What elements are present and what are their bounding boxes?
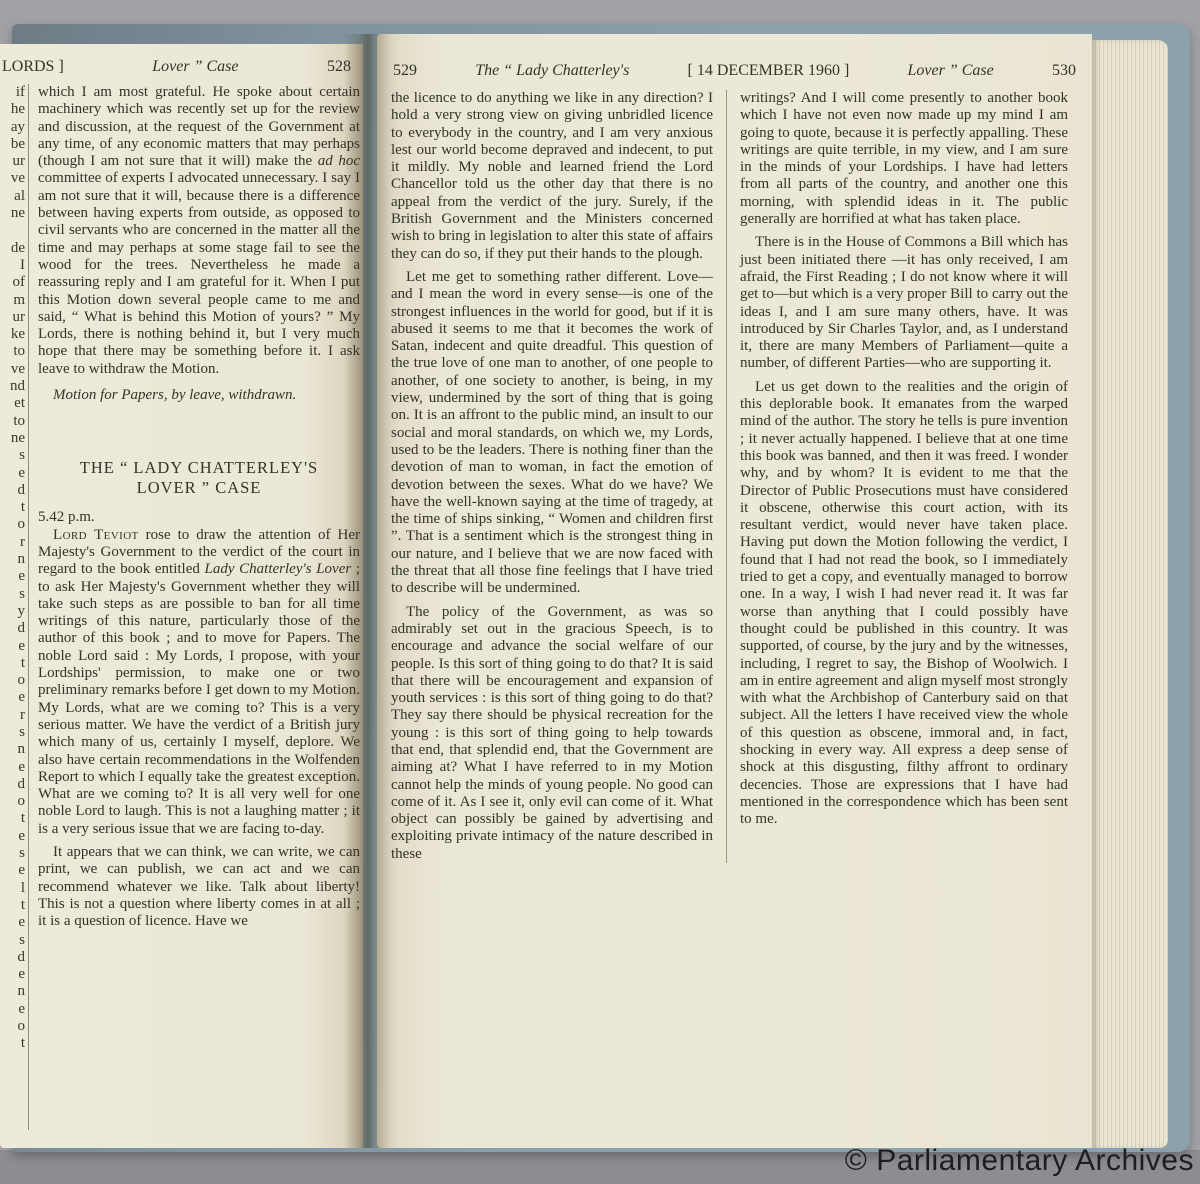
column-528-text: which I am most grateful. He spoke about… (38, 84, 360, 1130)
paragraph: There is in the House of Commons a Bill … (740, 234, 1068, 372)
running-head-left: LORDS ] (2, 58, 64, 76)
page-edges (1092, 40, 1168, 1148)
running-head-title: Lover ” Case (152, 58, 238, 76)
paragraph: It appears that we can think, we can wri… (38, 844, 360, 930)
running-head-date: [ 14 DECEMBER 1960 ] (688, 62, 850, 80)
right-page-running-head: 529 The “ Lady Chatterley's [ 14 DECEMBE… (377, 34, 1092, 80)
page-number-529: 529 (393, 62, 417, 80)
running-head-title-left: The “ Lady Chatterley's (475, 62, 629, 80)
column-530-text: writings? And I will come presently to a… (726, 90, 1068, 863)
left-page-running-head: LORDS ] Lover ” Case 528 (0, 44, 363, 76)
paragraph: THE “ LADY CHATTERLEY'S LOVER ” CASE (65, 458, 333, 497)
paragraph: which I am most grateful. He spoke about… (38, 84, 360, 378)
paragraph: Let us get down to the realities and the… (740, 379, 1068, 829)
paragraph: the licence to do anything we like in an… (391, 90, 713, 263)
copyright-watermark: © Parliamentary Archives (845, 1144, 1194, 1178)
paragraph: 5.42 p.m. (38, 509, 360, 526)
paragraph: Let me get to something rather different… (391, 269, 713, 598)
paragraph: The policy of the Government, as was so … (391, 604, 713, 863)
book-photo: { "photo": { "watermark": "© Parliamenta… (0, 0, 1200, 1184)
paragraph: writings? And I will come presently to a… (740, 90, 1068, 228)
page-number-528: 528 (327, 58, 351, 76)
paragraph: Lord Teviot rose to draw the attention o… (38, 527, 360, 838)
page-number-530: 530 (1052, 62, 1076, 80)
left-page-columns: if he ay be ur ve al ne de I of m ur ke … (0, 84, 363, 1130)
left-page: LORDS ] Lover ” Case 528 if he ay be ur … (0, 44, 363, 1148)
column-529-text: the licence to do anything we like in an… (391, 90, 713, 863)
running-head-title-right: Lover ” Case (908, 62, 994, 80)
right-page-columns: the licence to do anything we like in an… (377, 90, 1092, 863)
right-page: 529 The “ Lady Chatterley's [ 14 DECEMBE… (377, 34, 1092, 1148)
clipped-column-fragment: if he ay be ur ve al ne de I of m ur ke … (0, 84, 29, 1130)
paragraph: Motion for Papers, by leave, withdrawn. (38, 387, 360, 404)
